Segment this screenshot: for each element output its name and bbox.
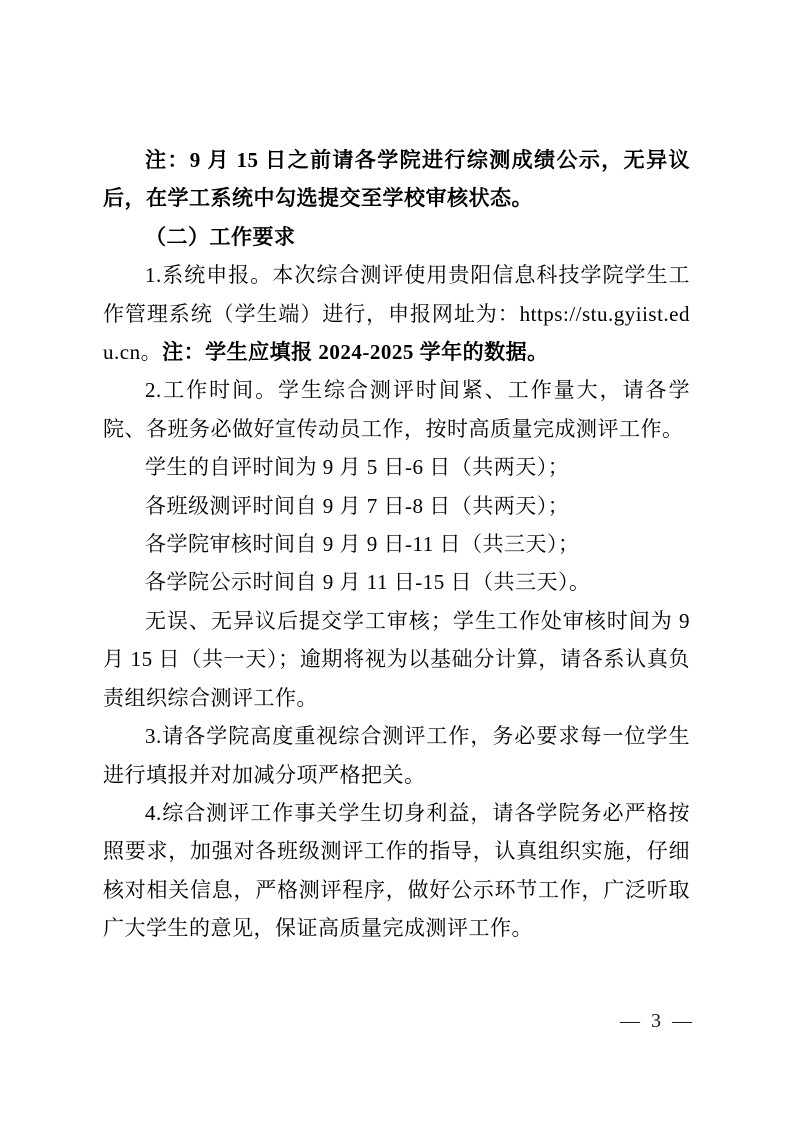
para-requirement-3: 3.请各学院高度重视综合测评工作，务必要求每一位学生进行填报并对加减分项严格把关… xyxy=(103,717,690,794)
system-report-bold-note: 注：学生应填报 2024-2025 学年的数据。 xyxy=(162,340,549,364)
schedule-self-evaluation: 学生的自评时间为 9 月 5 日-6 日（共两天）； xyxy=(103,448,690,486)
para-work-time: 2.工作时间。学生综合测评时间紧、工作量大，请各学院、各班务必做好宣传动员工作，… xyxy=(103,371,690,448)
system-report-period: 。 xyxy=(141,340,163,364)
para-review-deadline: 无误、无异议后提交学工审核；学生工作处审核时间为 9 月 15 日（共一天）；逾… xyxy=(103,602,690,717)
para-system-report: 1.系统申报。本次综合测评使用贵阳信息科技学院学生工作管理系统（学生端）进行，申… xyxy=(103,256,690,371)
schedule-class-evaluation: 各班级测评时间自 9 月 7 日-8 日（共两天）； xyxy=(103,487,690,525)
page-footer: — 3 — xyxy=(620,1010,695,1033)
note-paragraph: 注：9 月 15 日之前请各学院进行综测成绩公示，无异议后，在学工系统中勾选提交… xyxy=(103,141,690,218)
section-heading-work-requirements: （二）工作要求 xyxy=(103,218,690,256)
schedule-college-publicity: 各学院公示时间自 9 月 11 日-15 日（共三天）。 xyxy=(103,563,690,601)
document-content: 注：9 月 15 日之前请各学院进行综测成绩公示，无异议后，在学工系统中勾选提交… xyxy=(103,141,690,948)
schedule-college-review: 各学院审核时间自 9 月 9 日-11 日（共三天）； xyxy=(103,525,690,563)
para-requirement-4: 4.综合测评工作事关学生切身利益，请各学院务必严格按照要求，加强对各班级测评工作… xyxy=(103,794,690,948)
page-number: — 3 — xyxy=(620,1010,695,1032)
document-page: 注：9 月 15 日之前请各学院进行综测成绩公示，无异议后，在学工系统中勾选提交… xyxy=(0,0,793,1122)
